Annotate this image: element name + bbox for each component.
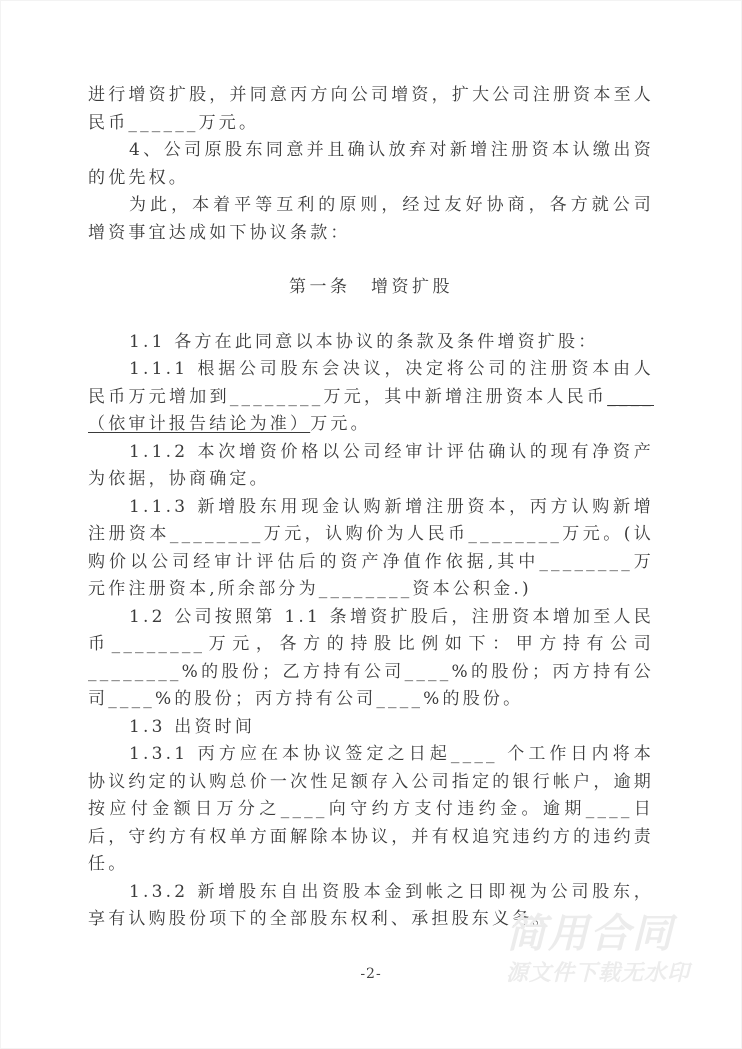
paragraph: 1.1.2 本次增资价格以公司经审计评估确认的现有净资产为依据，协商确定。 [88, 439, 654, 494]
paragraph: 1.1 各方在此同意以本协议的条款及条件增资扩股： [88, 329, 654, 357]
document-page: 进行增资扩股，并同意丙方向公司增资，扩大公司注册资本至人民币______万元。4… [0, 0, 742, 1049]
paragraph: 进行增资扩股，并同意丙方向公司增资，扩大公司注册资本至人民币______万元。 [88, 82, 654, 137]
text-run: 1.1.2 本次增资价格以公司经审计评估确认的现有净资产为依据，协商确定。 [88, 442, 654, 490]
text-run: 1.3.1 丙方应在本协议签定之日起____ 个工作日内将本协议约定的认购总价一… [88, 744, 654, 874]
text-run: 4、公司原股东同意并且确认放弃对新增注册资本认缴出资的优先权。 [88, 140, 654, 188]
text-run: 1.1.1 根据公司股东会决议，决定将公司的注册资本由人民币万元增加到_____… [88, 359, 654, 407]
text-run: 1.3.2 新增股东自出资股本金到帐之日即视为公司股东，享有认购股份项下的全部股… [88, 882, 654, 930]
text-run: 为此，本着平等互利的原则，经过友好协商，各方就公司增资事宜达成如下协议条款： [88, 195, 654, 243]
text-run: 1.1.3 新增股东用现金认购新增注册资本，丙方认购新增注册资本________… [88, 497, 654, 600]
text-run: 1.1 各方在此同意以本协议的条款及条件增资扩股： [129, 332, 598, 352]
paragraph: 为此，本着平等互利的原则，经过友好协商，各方就公司增资事宜达成如下协议条款： [88, 192, 654, 247]
text-run: 万元。 [310, 414, 371, 434]
paragraph: 1.1.3 新增股东用现金认购新增注册资本，丙方认购新增注册资本________… [88, 494, 654, 604]
text-run: 1.2 公司按照第 1.1 条增资扩股后，注册资本增加至人民币________万… [88, 607, 654, 710]
paragraph: 1.1.1 根据公司股东会决议，决定将公司的注册资本由人民币万元增加到_____… [88, 356, 654, 439]
paragraph: 1.3 出资时间 [88, 714, 654, 742]
paragraph: 1.3.1 丙方应在本协议签定之日起____ 个工作日内将本协议约定的认购总价一… [88, 741, 654, 879]
page-footer: -2- [0, 966, 742, 982]
document-body: 进行增资扩股，并同意丙方向公司增资，扩大公司注册资本至人民币______万元。4… [88, 82, 654, 934]
text-run: 第一条 增资扩股 [289, 277, 453, 297]
text-run: 1.3 出资时间 [129, 717, 255, 737]
paragraph: 1.2 公司按照第 1.1 条增资扩股后，注册资本增加至人民币________万… [88, 604, 654, 714]
section-heading: 第一条 增资扩股 [88, 274, 654, 302]
text-run: 进行增资扩股，并同意丙方向公司增资，扩大公司注册资本至人民币______万元。 [88, 85, 654, 133]
paragraph: 1.3.2 新增股东自出资股本金到帐之日即视为公司股东，享有认购股份项下的全部股… [88, 879, 654, 934]
page-number: -2- [360, 966, 381, 982]
paragraph: 4、公司原股东同意并且确认放弃对新增注册资本认缴出资的优先权。 [88, 137, 654, 192]
